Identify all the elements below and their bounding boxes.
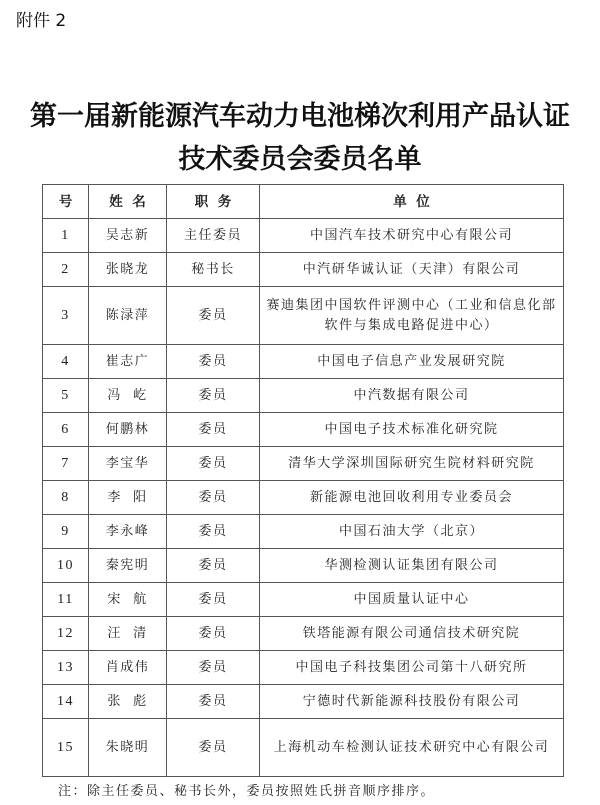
cell-name: 宋 航 <box>89 583 167 617</box>
cell-title: 委员 <box>167 583 260 617</box>
cell-unit: 华测检测认证集团有限公司 <box>260 549 564 583</box>
cell-name: 张 彪 <box>89 685 167 719</box>
cell-title: 委员 <box>167 413 260 447</box>
table-row: 7 李宝华 委员 清华大学深圳国际研究生院材料研究院 <box>43 447 564 481</box>
header-no: 号 <box>43 185 89 219</box>
cell-unit: 赛迪集团中国软件评测中心（工业和信息化部软件与集成电路促进中心） <box>260 287 564 345</box>
cell-unit: 上海机动车检测认证技术研究中心有限公司 <box>260 719 564 777</box>
cell-title: 委员 <box>167 345 260 379</box>
cell-name: 朱晓明 <box>89 719 167 777</box>
attachment-label: 附件 2 <box>16 6 66 31</box>
cell-no: 6 <box>43 413 89 447</box>
cell-unit: 中汽研华诚认证（天津）有限公司 <box>260 253 564 287</box>
cell-title: 委员 <box>167 617 260 651</box>
cell-unit: 中国石油大学（北京） <box>260 515 564 549</box>
cell-unit: 宁德时代新能源科技股份有限公司 <box>260 685 564 719</box>
cell-name: 冯 屹 <box>89 379 167 413</box>
header-title: 职 务 <box>167 185 260 219</box>
cell-no: 15 <box>43 719 89 777</box>
document-title-line-2: 技术委员会委员名单 <box>0 137 600 176</box>
cell-title: 委员 <box>167 379 260 413</box>
cell-name: 张晓龙 <box>89 253 167 287</box>
table-row: 9 李永峰 委员 中国石油大学（北京） <box>43 515 564 549</box>
header-unit: 单 位 <box>260 185 564 219</box>
cell-name: 李 阳 <box>89 481 167 515</box>
cell-no: 13 <box>43 651 89 685</box>
cell-no: 4 <box>43 345 89 379</box>
table-row: 13 肖成伟 委员 中国电子科技集团公司第十八研究所 <box>43 651 564 685</box>
cell-unit: 中国汽车技术研究中心有限公司 <box>260 219 564 253</box>
table-header-row: 号 姓 名 职 务 单 位 <box>43 185 564 219</box>
committee-member-table: 号 姓 名 职 务 单 位 1 吴志新 主任委员 中国汽车技术研究中心有限公司 … <box>42 184 564 777</box>
table-row: 5 冯 屹 委员 中汽数据有限公司 <box>43 379 564 413</box>
table-row: 4 崔志广 委员 中国电子信息产业发展研究院 <box>43 345 564 379</box>
cell-unit: 中国电子信息产业发展研究院 <box>260 345 564 379</box>
cell-unit: 中国电子科技集团公司第十八研究所 <box>260 651 564 685</box>
cell-no: 3 <box>43 287 89 345</box>
cell-unit: 中国电子技术标准化研究院 <box>260 413 564 447</box>
cell-no: 10 <box>43 549 89 583</box>
cell-no: 12 <box>43 617 89 651</box>
table-row: 11 宋 航 委员 中国质量认证中心 <box>43 583 564 617</box>
cell-title: 委员 <box>167 685 260 719</box>
cell-name: 何鹏林 <box>89 413 167 447</box>
cell-name: 崔志广 <box>89 345 167 379</box>
table-row: 15 朱晓明 委员 上海机动车检测认证技术研究中心有限公司 <box>43 719 564 777</box>
cell-title: 秘书长 <box>167 253 260 287</box>
cell-unit: 中国质量认证中心 <box>260 583 564 617</box>
cell-no: 7 <box>43 447 89 481</box>
cell-name: 陈渌萍 <box>89 287 167 345</box>
cell-no: 8 <box>43 481 89 515</box>
document-title-line-1: 第一届新能源汽车动力电池梯次利用产品认证 <box>0 94 600 133</box>
cell-title: 委员 <box>167 515 260 549</box>
footnote: 注：除主任委员、秘书长外，委员按照姓氏拼音顺序排序。 <box>58 780 435 799</box>
cell-title: 委员 <box>167 287 260 345</box>
cell-name: 肖成伟 <box>89 651 167 685</box>
cell-no: 1 <box>43 219 89 253</box>
cell-unit: 清华大学深圳国际研究生院材料研究院 <box>260 447 564 481</box>
cell-no: 2 <box>43 253 89 287</box>
cell-unit: 中汽数据有限公司 <box>260 379 564 413</box>
cell-title: 主任委员 <box>167 219 260 253</box>
table-row: 8 李 阳 委员 新能源电池回收利用专业委员会 <box>43 481 564 515</box>
cell-no: 5 <box>43 379 89 413</box>
table-row: 12 汪 清 委员 铁塔能源有限公司通信技术研究院 <box>43 617 564 651</box>
cell-name: 李宝华 <box>89 447 167 481</box>
cell-unit: 铁塔能源有限公司通信技术研究院 <box>260 617 564 651</box>
cell-no: 11 <box>43 583 89 617</box>
cell-title: 委员 <box>167 549 260 583</box>
table-row: 10 秦宪明 委员 华测检测认证集团有限公司 <box>43 549 564 583</box>
table-row: 14 张 彪 委员 宁德时代新能源科技股份有限公司 <box>43 685 564 719</box>
cell-title: 委员 <box>167 481 260 515</box>
cell-title: 委员 <box>167 447 260 481</box>
cell-no: 14 <box>43 685 89 719</box>
cell-name: 李永峰 <box>89 515 167 549</box>
cell-title: 委员 <box>167 651 260 685</box>
table-row: 6 何鹏林 委员 中国电子技术标准化研究院 <box>43 413 564 447</box>
header-name: 姓 名 <box>89 185 167 219</box>
cell-name: 汪 清 <box>89 617 167 651</box>
cell-name: 秦宪明 <box>89 549 167 583</box>
table-row: 3 陈渌萍 委员 赛迪集团中国软件评测中心（工业和信息化部软件与集成电路促进中心… <box>43 287 564 345</box>
table-row: 2 张晓龙 秘书长 中汽研华诚认证（天津）有限公司 <box>43 253 564 287</box>
cell-name: 吴志新 <box>89 219 167 253</box>
cell-title: 委员 <box>167 719 260 777</box>
cell-unit: 新能源电池回收利用专业委员会 <box>260 481 564 515</box>
table-row: 1 吴志新 主任委员 中国汽车技术研究中心有限公司 <box>43 219 564 253</box>
cell-no: 9 <box>43 515 89 549</box>
